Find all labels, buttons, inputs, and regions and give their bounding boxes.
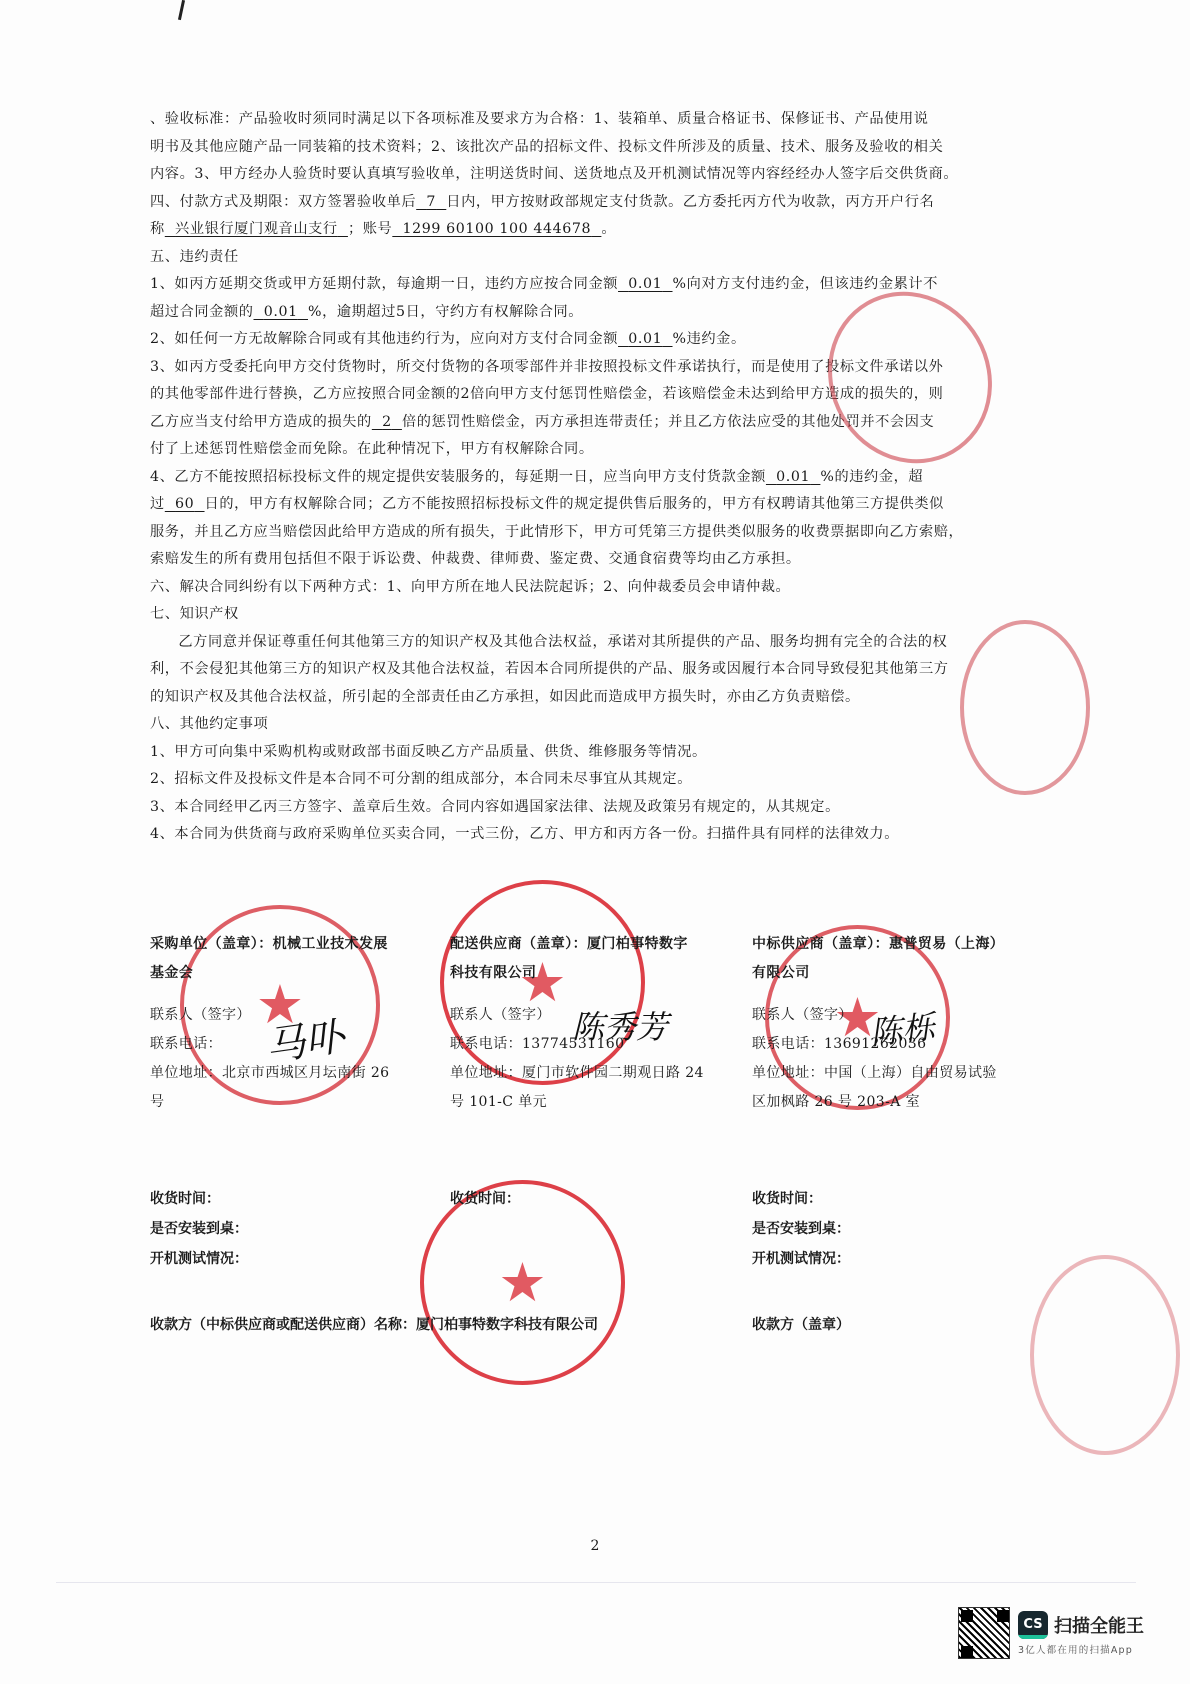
scan-edge-mark [178,0,185,20]
star-icon: ★ [498,1256,546,1310]
distributor-receipt-fields: 收货时间： [450,1184,520,1214]
acceptance-line-2: 明书及其他应随产品一同装箱的技术资料；2、该批次产品的招标文件、投标文件所涉及的… [150,134,1035,162]
breach-4-days: 60 [165,496,205,512]
qr-code-icon [958,1607,1010,1659]
section-heading-other: 八、其他约定事项 [150,711,1035,739]
distributor-phone: 联系电话：13774531160 [450,1030,740,1059]
stamp-seal-icon [1030,1255,1180,1455]
distributor-address-cont: 号 101-C 单元 [450,1088,740,1117]
purchaser-title-cont: 基金会 [150,959,440,988]
test-status-label: 开机测试情况： [752,1244,850,1274]
breach-text: 4、乙方不能按照招标投标文件的规定提供安装服务的，每延期一日，应当向甲方支付货款… [150,469,766,485]
distributor-signature-block: 配送供应商（盖章）：厦门柏事特数字 科技有限公司 联系人（签字） 联系电话：13… [450,930,740,1117]
installed-label: 是否安装到桌： [150,1214,248,1244]
payment-line-1: 四、付款方式及期限：双方签署验收单后 7 日内，甲方按财政部规定支付货款。乙方委… [150,189,1035,217]
supplier-phone: 联系电话：13691262036 [752,1030,1042,1059]
contract-body: 、验收标准：产品验收时须同时满足以下各项标准及要求方为合格：1、装箱单、质量合格… [150,106,1035,849]
supplier-title: 中标供应商（盖章）：惠普贸易（上海） [752,930,1042,959]
breach-1-cap: 0.01 [254,304,308,320]
document-page: 、验收标准：产品验收时须同时满足以下各项标准及要求方为合格：1、装箱单、质量合格… [0,0,1190,1684]
scanner-brand: CS 扫描全能王 3亿人都在用的扫描App [1018,1611,1144,1656]
breach-3-line-3: 乙方应当支付给甲方造成的损失的 2 倍的惩罚性赔偿金，丙方承担连带责任；并且乙方… [150,409,1035,437]
acceptance-line-1: 、验收标准：产品验收时须同时满足以下各项标准及要求方为合格：1、装箱单、质量合格… [150,106,1035,134]
other-item-3: 3、本合同经甲乙丙三方签字、盖章后生效。合同内容如遇国家法律、法规及政策另有规定… [150,794,1035,822]
breach-4-line-2: 过 60 日的，甲方有权解除合同；乙方不能按照招标投标文件的规定提供售后服务的，… [150,491,1035,519]
supplier-address: 单位地址：中国（上海）自由贸易试验 [752,1059,1042,1088]
app-tagline: 3亿人都在用的扫描App [1018,1642,1144,1656]
payment-line-2: 称 兴业银行厦门观音山支行 ；账号 1299 60100 100 444678 … [150,216,1035,244]
breach-4-line-3: 服务，并且乙方应当赔偿因此给甲方造成的所有损失，于此情形下，甲方可凭第三方提供类… [150,519,1035,547]
distributor-address: 单位地址：厦门市软件园二期观日路 24 [450,1059,740,1088]
breach-text: %，逾期超过5日，守约方有权解除合同。 [308,304,583,320]
logo-text: CS [1023,1617,1042,1632]
app-name: 扫描全能王 [1054,1612,1144,1638]
distributor-title-cont: 科技有限公司 [450,959,740,988]
breach-2-rate-value: 0.01 [628,331,662,347]
supplier-title-cont: 有限公司 [752,959,1042,988]
breach-3-line-2: 的其他零部件进行替换，乙方应按照合同金额的2倍向甲方支付惩罚性赔偿金，若该赔偿金… [150,381,1035,409]
breach-text: 乙方应当支付给甲方造成的损失的 [150,414,372,430]
breach-4-days-value: 60 [175,496,194,512]
ip-line-3: 的知识产权及其他合法权益，所引起的全部责任由乙方承担，如因此而造成甲方损失时，亦… [150,684,1035,712]
bank-name: 兴业银行厦门观音山支行 [165,221,348,237]
breach-text: %违约金。 [673,331,746,347]
breach-1-line-1: 1、如丙方延期交货或甲方延期付款，每逾期一日，违约方应按合同金额 0.01 %向… [150,271,1035,299]
supplier-signature-block: 中标供应商（盖章）：惠普贸易（上海） 有限公司 联系人（签字） 联系电话：136… [752,930,1042,1117]
payee-name: 收款方（中标供应商或配送供应商）名称：厦门柏事特数字科技有限公司 [150,1314,598,1334]
purchaser-contact: 联系人（签字） [150,1001,440,1030]
breach-3-line-1: 3、如丙方受委托向甲方交付货物时，所交付货物的各项零部件并非按照投标文件承诺执行… [150,354,1035,382]
breach-text: 倍的惩罚性赔偿金，丙方承担连带责任；并且乙方依法应受的其他处罚并不会因支 [402,414,934,430]
receive-time-label: 收货时间： [150,1184,248,1214]
payment-days-value: 7 [426,194,436,210]
test-status-label: 开机测试情况： [150,1244,248,1274]
payment-text: 称 [150,221,165,237]
distributor-title: 配送供应商（盖章）：厦门柏事特数字 [450,930,740,959]
breach-4-rate-value: 0.01 [776,469,810,485]
breach-1-cap-value: 0.01 [264,304,298,320]
breach-3-line-4: 付了上述惩罚性赔偿金而免除。在此种情况下，甲方有权解除合同。 [150,436,1035,464]
ip-line-1: 乙方同意并保证尊重任何其他第三方的知识产权及其他合法权益，承诺对其所提供的产品、… [150,629,1035,657]
breach-text: 1、如丙方延期交货或甲方延期付款，每逾期一日，违约方应按合同金额 [150,276,618,292]
breach-text: %向对方支付违约金，但该违约金累计不 [673,276,938,292]
payment-text: 。 [601,221,616,237]
purchaser-signature-block: 采购单位（盖章）：机械工业技术发展 基金会 联系人（签字） 联系电话： 单位地址… [150,930,440,1117]
other-item-2: 2、招标文件及投标文件是本合同不可分割的组成部分，本合同未尽事宜从其规定。 [150,766,1035,794]
payee-stamp-label: 收款方（盖章） [752,1314,850,1334]
breach-text: 日的，甲方有权解除合同；乙方不能按照招标投标文件的规定提供售后服务的，甲方有权聘… [205,496,944,512]
breach-text: 2、如任何一方无故解除合同或有其他违约行为，应向对方支付合同金额 [150,331,618,347]
breach-4-rate: 0.01 [766,469,820,485]
scanner-watermark: CS 扫描全能王 3亿人都在用的扫描App [958,1603,1144,1663]
payment-text: 四、付款方式及期限：双方签署验收单后 [150,194,416,210]
ip-line-2: 利，不会侵犯其他第三方的知识产权及其他合法权益，若因本合同所提供的产品、服务或因… [150,656,1035,684]
breach-3-multiple-value: 2 [382,414,392,430]
acceptance-line-3: 内容。3、甲方经办人验货时要认真填写验收单，注明送货时间、送货地点及开机测试情况… [150,161,1035,189]
breach-2-line: 2、如任何一方无故解除合同或有其他违约行为，应向对方支付合同金额 0.01 %违… [150,326,1035,354]
supplier-contact: 联系人（签字） [752,1001,1042,1030]
breach-2-rate: 0.01 [618,331,672,347]
payment-text: 日内，甲方按财政部规定支付货款。乙方委托丙方代为收款，丙方开户行名 [446,194,934,210]
dispute-clause: 六、解决合同纠纷有以下两种方式：1、向甲方所在地人民法院起诉；2、向仲裁委员会申… [150,574,1035,602]
supplier-receipt-fields: 收货时间： 是否安装到桌： 开机测试情况： [752,1184,850,1274]
bank-name-value: 兴业银行厦门观音山支行 [175,221,338,237]
section-heading-breach: 五、违约责任 [150,244,1035,272]
installed-label: 是否安装到桌： [752,1214,850,1244]
camscanner-logo-icon: CS [1018,1611,1048,1639]
account-number: 1299 60100 100 444678 [392,221,601,237]
distributor-contact: 联系人（签字） [450,1001,740,1030]
breach-3-multiple: 2 [372,414,402,430]
breach-4-line-1: 4、乙方不能按照招标投标文件的规定提供安装服务的，每延期一日，应当向甲方支付货款… [150,464,1035,492]
breach-text: 超过合同金额的 [150,304,254,320]
breach-text: 过 [150,496,165,512]
breach-1-rate: 0.01 [618,276,672,292]
other-item-1: 1、甲方可向集中采购机构或财政部书面反映乙方产品质量、供货、维修服务等情况。 [150,739,1035,767]
payment-days: 7 [416,194,446,210]
purchaser-phone: 联系电话： [150,1030,440,1059]
purchaser-address: 单位地址：北京市西城区月坛南街 26 [150,1059,440,1088]
payment-text: ；账号 [348,221,392,237]
purchaser-address-cont: 号 [150,1088,440,1117]
breach-4-line-4: 索赔发生的所有费用包括但不限于诉讼费、仲裁费、律师费、鉴定费、交通食宿费等均由乙… [150,546,1035,574]
page-number: 2 [0,1538,1190,1554]
account-number-value: 1299 60100 100 444678 [403,221,592,237]
supplier-address-cont: 区加枫路 26 号 203-A 室 [752,1088,1042,1117]
purchaser-receipt-fields: 收货时间： 是否安装到桌： 开机测试情况： [150,1184,248,1274]
receive-time-label: 收货时间： [752,1184,850,1214]
other-item-4: 4、本合同为供货商与政府采购单位买卖合同，一式三份，乙方、甲方和丙方各一份。扫描… [150,821,1035,849]
breach-text: %的违约金，超 [820,469,923,485]
breach-1-rate-value: 0.01 [628,276,662,292]
section-heading-ip: 七、知识产权 [150,601,1035,629]
receive-time-label: 收货时间： [450,1184,520,1214]
page-divider [56,1582,1136,1583]
breach-1-line-2: 超过合同金额的 0.01 %，逾期超过5日，守约方有权解除合同。 [150,299,1035,327]
purchaser-title: 采购单位（盖章）：机械工业技术发展 [150,930,440,959]
